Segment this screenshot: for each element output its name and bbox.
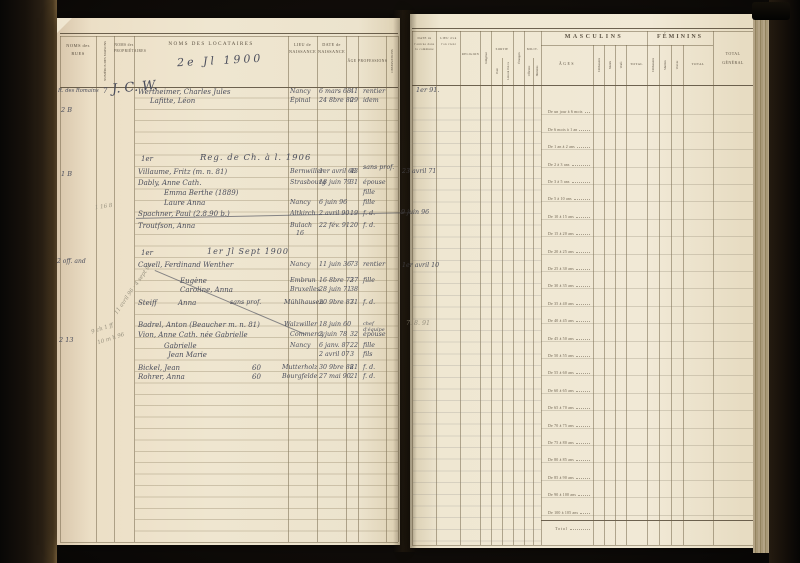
column-header-militaires-group: MILIT. xyxy=(524,47,541,52)
profession: fille xyxy=(363,189,375,196)
age-row: De 1 an à 2 ans xyxy=(541,132,753,150)
column-header-total-general: TOTAL GÉNÉRAL xyxy=(715,50,751,68)
birthplace: Mutterholz xyxy=(282,364,317,371)
leader-dots xyxy=(576,321,590,322)
tenant-name: Laure Anna xyxy=(164,199,205,207)
birthplace: Bourgfelde xyxy=(282,373,317,380)
pencil-note: 9 ch 1 ff xyxy=(91,323,115,336)
birthplace: Nancy xyxy=(290,342,310,349)
register-row: Laure Anna Nancy 6 juin 96 fille xyxy=(134,199,402,210)
group-header-feminins: FÉMININS xyxy=(647,32,713,42)
column-header-sortie-group: SORTIE xyxy=(491,47,513,52)
age-row: De 15 à 20 ans xyxy=(541,219,753,237)
street-name: 2 off. and xyxy=(57,258,86,265)
leader-dots xyxy=(577,147,590,148)
register-row: Rohrer, Anna 60 Bourgfelde 27 mai 90 21 … xyxy=(134,373,402,384)
leader-dots xyxy=(576,269,590,270)
book-cover-left-edge xyxy=(0,0,57,563)
rule xyxy=(541,45,713,46)
leader-dots xyxy=(572,165,590,166)
pencil-note: 10 m h 96 xyxy=(97,332,125,346)
tenant-name: Rohrer, Anna xyxy=(138,373,185,381)
column-header-masc-veufs: Veufs xyxy=(619,62,623,69)
house-number: 7 xyxy=(103,87,107,95)
column-line xyxy=(114,36,115,542)
birthplace: Walzwiller xyxy=(284,321,317,328)
column-header-birthdate: DATE de NAISSANCE xyxy=(317,41,346,55)
column-header-birthplace: LIEU de NAISSANCE xyxy=(288,41,317,55)
tenant-name: Troutfson, Anna xyxy=(138,222,195,230)
leader-dots xyxy=(585,112,590,113)
leader-dots xyxy=(574,199,590,200)
street-name: 2 B xyxy=(61,106,72,114)
profession: f. d. xyxy=(363,364,375,371)
column-header-sortie-lieu: Lieu où l'on va xyxy=(506,62,510,80)
birthdate: 6 mars 68 xyxy=(319,88,351,95)
profession: fille xyxy=(363,199,375,206)
leader-dots xyxy=(576,252,590,253)
tenant-name: Villaume, Fritz (m. n. 81) xyxy=(138,168,227,176)
book-scan: NOMS des RUES NUMÉROS DES MAISONS NOMS d… xyxy=(0,0,800,563)
leader-dots xyxy=(576,304,590,305)
leader-dots xyxy=(576,217,590,218)
tenant-name: Eugène xyxy=(180,277,207,285)
leader-dots xyxy=(576,478,590,479)
column-header-entry-date: DATE de l'entrée dans la commune xyxy=(413,36,436,53)
profession: sans prof. xyxy=(363,164,394,171)
tenant-name: Wertheimer, Charles Jules xyxy=(138,88,231,96)
leader-dots xyxy=(570,529,590,530)
birthplace: Bruxelles xyxy=(290,286,320,293)
birthplace: Nancy xyxy=(290,88,310,95)
birthdate: 20 9bre 87 xyxy=(319,299,354,306)
birthdate: 18 juin 60 xyxy=(319,321,351,328)
tenant-name: Vion, Anne Cath. née Gabrielle xyxy=(138,331,248,339)
age: 31 xyxy=(350,179,358,186)
register-row: Villaume, Fritz (m. n. 81) Bernwiller 1e… xyxy=(134,168,402,179)
age-row: De 60 à 65 ans xyxy=(541,375,753,393)
entry-date-note: 7. 8. 91 xyxy=(406,320,430,327)
register-row: Lafitte, Léon Épinal 24 8bre 80 29 idem xyxy=(134,97,402,108)
section-title: Reg. de Ch. à l. 1906 xyxy=(200,153,311,163)
column-header-streets: NOMS des RUES xyxy=(61,42,95,58)
column-header-mil-a: Officiers xyxy=(527,66,531,77)
age: 22 xyxy=(350,342,358,349)
register-row: Jean Marie 2 avril 07 3 fils xyxy=(134,351,402,362)
leader-dots xyxy=(576,460,590,461)
age-row: De 75 à 80 ans xyxy=(541,428,753,446)
age-row: De 20 à 25 ans xyxy=(541,236,753,254)
tenant-name: Steiff xyxy=(138,299,157,307)
column-header-mil-b: Hommes xyxy=(535,66,539,77)
register-row: Cavell, Ferdinand Wenther Nancy 11 juin … xyxy=(134,261,402,272)
profession: rentier xyxy=(363,88,385,95)
birthplace: Nancy xyxy=(290,199,310,206)
column-header-fem-total: TOTAL xyxy=(683,62,713,68)
profession: fille xyxy=(363,277,375,284)
age-row: De 6 mois à 1 an xyxy=(541,114,753,132)
street-name: 2 13 xyxy=(59,336,73,344)
column-header-tenants: NOMS DES LOCATAIRES xyxy=(134,40,288,49)
birthdate: 16 8bre 72 xyxy=(319,277,354,284)
tenant-name: Dably, Anne Cath. xyxy=(138,179,202,187)
birthplace: Nancy xyxy=(290,261,310,268)
age: 41 xyxy=(350,88,358,95)
age-row: De 45 à 50 ans xyxy=(541,323,753,341)
section-number: 1er xyxy=(141,155,153,163)
birthplace: Embrun xyxy=(290,277,316,284)
leader-dots xyxy=(576,426,590,427)
rule xyxy=(412,85,753,86)
right-page: DATE de l'entrée dans la commune LIEU d'… xyxy=(410,14,753,548)
entry-date-note: 1er avril 10 xyxy=(402,262,439,269)
section-number: 1er xyxy=(141,249,153,257)
birthdate: 6 janv. 87 xyxy=(319,342,350,349)
tenant-note: sans prof. xyxy=(230,299,261,306)
entry-date-note: 23 avril 71 xyxy=(402,168,436,175)
leader-dots xyxy=(580,513,590,514)
age: 21 xyxy=(350,373,358,380)
column-header-masc-celibataires: Célibataires xyxy=(597,58,601,72)
tenant-firstname: Anna xyxy=(178,299,196,307)
rule xyxy=(412,28,753,29)
rule xyxy=(412,545,753,546)
age: 38 xyxy=(350,286,358,293)
age: 73 xyxy=(350,261,358,268)
tenant-name: Cavell, Ferdinand Wenther xyxy=(138,261,233,269)
column-header-origin: LIEU d'où l'on vient xyxy=(437,36,460,47)
leader-dots xyxy=(576,408,590,409)
column-header-masc-total: TOTAL xyxy=(626,62,647,68)
birthdate: 6 juin 96 xyxy=(319,199,347,206)
column-header-house-numbers: NUMÉROS DES MAISONS xyxy=(103,41,107,81)
leader-dots xyxy=(576,339,590,340)
age-row: De 40 à 45 ans xyxy=(541,306,753,324)
leader-dots xyxy=(579,130,590,131)
age-row: De un jour à 6 mois xyxy=(541,97,753,115)
street-name: R. des Romains xyxy=(58,88,99,94)
profession: fils xyxy=(363,351,372,358)
ruling xyxy=(413,97,541,545)
column-header-observations: OBSERVATIONS xyxy=(390,49,394,72)
birthdate: 27 mai 90 xyxy=(319,373,351,380)
rule xyxy=(60,33,398,34)
age-row: De 70 à 75 ans xyxy=(541,410,753,428)
column-header-professions: PROFESSIONS xyxy=(358,58,386,64)
column-header-religion: RELIGION xyxy=(461,52,480,57)
profession: f. d. xyxy=(363,222,375,229)
age-row: De 3 à 5 ans xyxy=(541,167,753,185)
profession: rentier xyxy=(363,261,385,268)
tenant-name: Gabrielle xyxy=(164,342,197,350)
book-clasp xyxy=(752,2,790,20)
register-row: Vion, Anne Cath. née Gabrielle Commercy … xyxy=(134,331,402,342)
tenant-name: Bickel, Jean xyxy=(138,364,180,372)
left-page: NOMS des RUES NUMÉROS DES MAISONS NOMS d… xyxy=(57,18,400,545)
age-row: De 30 à 35 ans xyxy=(541,271,753,289)
written-register-title: 2e Jl 1900 xyxy=(177,52,264,70)
tenant-name: Jean Marie xyxy=(168,351,207,359)
house-ref: 60 xyxy=(252,373,261,381)
tenant-name: Emma Berthe (1889) xyxy=(164,189,238,197)
tenant-name: Lafitte, Léon xyxy=(150,97,195,105)
house-ref: 60 xyxy=(252,364,261,372)
birthdate: 28 juin 71 xyxy=(319,286,351,293)
column-header-fem-veuves: Veuves xyxy=(675,61,679,70)
birthdate: 30 9bre 88 xyxy=(319,364,354,371)
column-header-indigenat: Indigénat xyxy=(484,52,488,63)
age: 43 xyxy=(350,168,358,175)
rule xyxy=(60,542,398,543)
book-cover-right-edge xyxy=(769,0,800,563)
age: 21 xyxy=(350,364,358,371)
column-line xyxy=(96,36,97,542)
column-header-owners: NOMS des PROPRIÉTAIRES xyxy=(114,42,134,54)
birthplace: Épinal xyxy=(290,97,310,104)
age: 3 xyxy=(350,351,354,358)
leader-dots xyxy=(576,286,590,287)
column-header-sortie-date: Date xyxy=(495,68,499,74)
age: 20 xyxy=(350,222,358,229)
age-row: De 50 à 55 ans xyxy=(541,341,753,359)
section-title: 1er Jl Sept 1900 xyxy=(207,247,289,256)
pencil-note: 1 16 8 xyxy=(95,203,113,211)
profession: idem xyxy=(363,97,379,104)
leader-dots xyxy=(576,373,590,374)
total-label: Total xyxy=(541,526,568,531)
profession: épouse xyxy=(363,331,386,338)
tenant-name: Badrel, Anton (Beaucher m. n. 81) xyxy=(138,321,260,329)
age: 31 xyxy=(350,299,358,306)
age: 37 xyxy=(350,277,358,284)
age-row: De 90 à 100 ans xyxy=(541,480,753,498)
birthdate: 2 juin 78 xyxy=(319,331,347,338)
age-row: De 85 à 90 ans xyxy=(541,462,753,480)
birthplace: Bulach xyxy=(290,222,312,229)
age: 32 xyxy=(350,331,358,338)
birthdate: 22 fév. 91 xyxy=(319,222,350,229)
age-row: De 35 à 40 ans xyxy=(541,288,753,306)
column-header-masc-maries: Mariés xyxy=(608,61,612,69)
leader-dots xyxy=(578,495,590,496)
tenant-name: Caroline, Anna xyxy=(180,286,233,294)
profession: f. d. xyxy=(363,299,375,306)
age-row: De 80 à 85 ans xyxy=(541,445,753,463)
register-row: Caroline, Anna Bruxelles 28 juin 71 38 xyxy=(134,286,402,297)
register-row: Troutfson, Anna Bulach 16 22 fév. 91 20 … xyxy=(134,222,402,233)
birthdate: 18 juin 79 xyxy=(319,179,351,186)
column-header-etrangers: Étrangers xyxy=(517,52,521,64)
age-row: De 5 à 10 ans xyxy=(541,184,753,202)
leader-dots xyxy=(576,391,590,392)
profession: épouse xyxy=(363,179,386,186)
page-corner-fold xyxy=(57,18,72,33)
profession: f. d. xyxy=(363,373,375,380)
birthplace-note: 16 xyxy=(296,230,304,237)
column-header-ages: ÂGES xyxy=(541,61,593,67)
age-row: De 2 à 3 ans xyxy=(541,149,753,167)
leader-dots xyxy=(576,443,590,444)
rule xyxy=(60,36,398,37)
age-row: De 100 à 105 ans xyxy=(541,497,753,515)
age-row: De 65 à 70 ans xyxy=(541,393,753,411)
birthdate: 2 avril 07 xyxy=(319,351,349,358)
age-row: De 10 à 15 ans xyxy=(541,201,753,219)
column-header-fem-celibataires: Célibataires xyxy=(651,58,655,72)
leader-dots xyxy=(576,356,590,357)
age: 29 xyxy=(350,97,358,104)
entry-date-note: 1er 91. xyxy=(416,86,440,94)
birthdate: 24 8bre 80 xyxy=(319,97,354,104)
entry-date-note: 9 juin 96 xyxy=(401,209,429,216)
register-row: Steiff Anna sans prof. Mühlhausen 20 9br… xyxy=(134,299,402,310)
street-name: 1 B xyxy=(61,170,72,178)
profession: fille xyxy=(363,342,375,349)
column-header-fem-mariees: Mariées xyxy=(663,60,667,70)
leader-dots xyxy=(572,182,590,183)
birthplace: Mühlhausen xyxy=(284,299,323,306)
birthdate: 11 juin 36 xyxy=(319,261,351,268)
age-row: De 55 à 60 ans xyxy=(541,358,753,376)
column-header-age: ÂGE xyxy=(346,58,358,64)
group-header-masculins: MASCULINS xyxy=(541,32,647,42)
age-range-label: De 100 à 105 ans xyxy=(541,511,578,515)
total-row: Total xyxy=(541,526,593,531)
age-row: De 25 à 30 ans xyxy=(541,254,753,272)
leader-dots xyxy=(576,234,590,235)
